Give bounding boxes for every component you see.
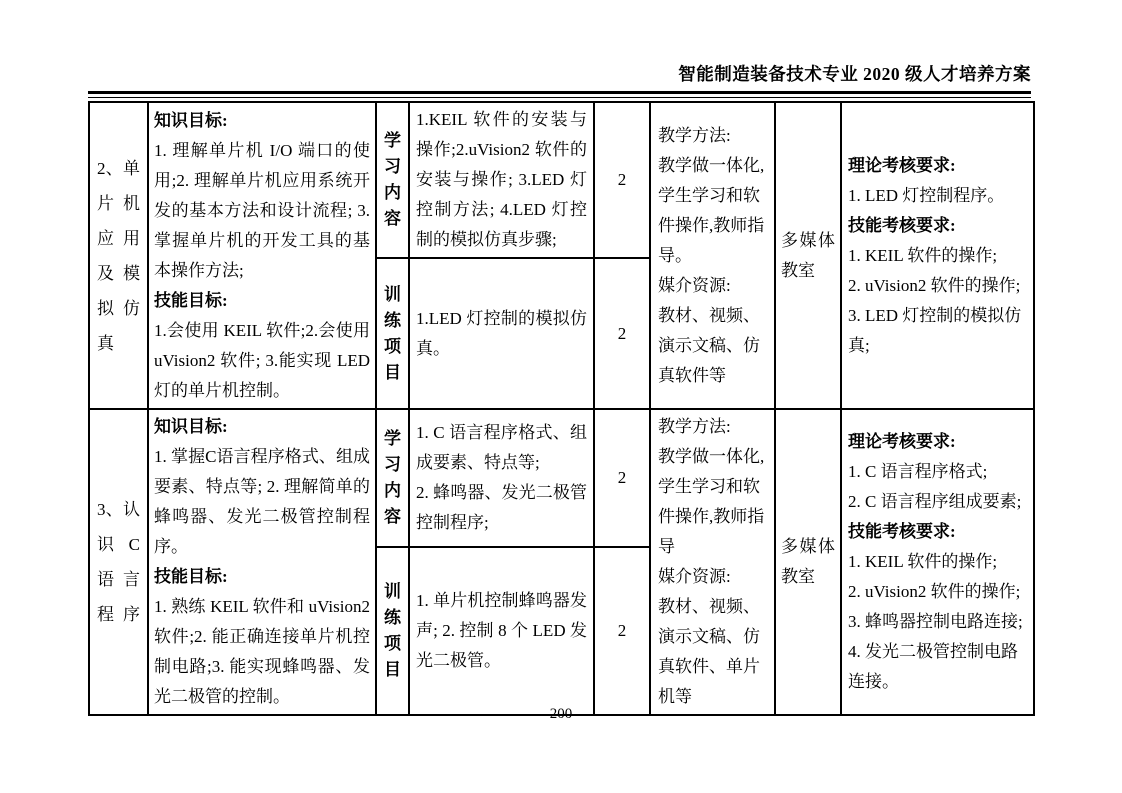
skill-goals-heading: 技能目标: bbox=[154, 562, 370, 592]
knowledge-goals-heading: 知识目标: bbox=[154, 412, 370, 442]
document-page: 智能制造装备技术专业 2020 级人才培养方案 2、单片机应用及模拟仿真 知识目… bbox=[0, 0, 1122, 793]
course-title: 3、认识C语言程序 bbox=[97, 492, 140, 632]
assessment-item: 1. LED 灯控制程序。 bbox=[848, 181, 1027, 211]
assessment-cell: 理论考核要求: 1. LED 灯控制程序。 技能考核要求: 1. KEIL 软件… bbox=[841, 102, 1034, 409]
hours-cell: 2 bbox=[594, 409, 650, 547]
assessment-item: 2. uVision2 软件的操作; bbox=[848, 271, 1027, 301]
teaching-methods-text: 教学做一体化,学生学习和软件操作,教师指导。 bbox=[658, 151, 767, 271]
teaching-methods-heading: 教学方法: bbox=[658, 121, 767, 151]
assessment-item: 2. uVision2 软件的操作; bbox=[848, 577, 1027, 607]
skill-goals-heading: 技能目标: bbox=[154, 286, 370, 316]
assessment-item: 3. LED 灯控制的模拟仿真; bbox=[848, 301, 1027, 361]
skill-goals-text: 1. 熟练 KEIL 软件和 uVision2 软件;2. 能正确连接单片机控制… bbox=[154, 592, 370, 712]
objectives-cell: 知识目标: 1. 掌握C语言程序格式、组成要素、特点等; 2. 理解简单的蜂鸣器… bbox=[148, 409, 376, 715]
teaching-methods-text: 教学做一体化,学生学习和软件操作,教师指导 bbox=[658, 442, 767, 562]
skill-assessment-heading: 技能考核要求: bbox=[848, 517, 1027, 547]
venue-cell: 多媒体教室 bbox=[775, 102, 841, 409]
theory-assessment-heading: 理论考核要求: bbox=[848, 427, 1027, 457]
assessment-item: 4. 发光二极管控制电路连接。 bbox=[848, 637, 1027, 697]
content-item: 1.KEIL 软件的安装与操作;2.uVision2 软件的安装与操作; 3.L… bbox=[416, 105, 587, 255]
assessment-item: 1. KEIL 软件的操作; bbox=[848, 547, 1027, 577]
hours-cell: 2 bbox=[594, 258, 650, 409]
objectives-cell: 知识目标: 1. 理解单片机 I/O 端口的使用;2. 理解单片机应用系统开发的… bbox=[148, 102, 376, 409]
content-item: 2. 蜂鸣器、发光二极管控制程序; bbox=[416, 478, 587, 538]
venue-text: 多媒体教室 bbox=[781, 532, 835, 592]
assessment-cell: 理论考核要求: 1. C 语言程序格式; 2. C 语言程序组成要素; 技能考核… bbox=[841, 409, 1034, 715]
course-title: 2、单片机应用及模拟仿真 bbox=[97, 151, 140, 361]
table-row: 3、认识C语言程序 知识目标: 1. 掌握C语言程序格式、组成要素、特点等; 2… bbox=[89, 409, 1034, 547]
media-resources-text: 教材、视频、演示文稿、仿真软件、单片机等 bbox=[658, 592, 767, 712]
learning-content-label: 学习内容 bbox=[383, 426, 402, 530]
assessment-item: 2. C 语言程序组成要素; bbox=[848, 487, 1027, 517]
content-item: 1. 单片机控制蜂鸣器发声; 2. 控制 8 个 LED 发光二极管。 bbox=[416, 586, 587, 676]
training-project-label-cell: 训练项目 bbox=[376, 547, 409, 715]
training-project-label: 训练项目 bbox=[383, 579, 402, 683]
learning-content-cell: 1.KEIL 软件的安装与操作;2.uVision2 软件的安装与操作; 3.L… bbox=[409, 102, 594, 258]
learning-content-cell: 1. C 语言程序格式、组成要素、特点等; 2. 蜂鸣器、发光二极管控制程序; bbox=[409, 409, 594, 547]
teaching-methods-cell: 教学方法: 教学做一体化,学生学习和软件操作,教师指导。 媒介资源: 教材、视频… bbox=[650, 102, 775, 409]
hours-cell: 2 bbox=[594, 547, 650, 715]
training-project-cell: 1. 单片机控制蜂鸣器发声; 2. 控制 8 个 LED 发光二极管。 bbox=[409, 547, 594, 715]
learning-content-label-cell: 学习内容 bbox=[376, 102, 409, 258]
learning-content-label-cell: 学习内容 bbox=[376, 409, 409, 547]
teaching-methods-cell: 教学方法: 教学做一体化,学生学习和软件操作,教师指导 媒介资源: 教材、视频、… bbox=[650, 409, 775, 715]
content-item: 1.LED 灯控制的模拟仿真。 bbox=[416, 304, 587, 364]
page-number: 200 bbox=[0, 706, 1122, 723]
course-title-cell: 3、认识C语言程序 bbox=[89, 409, 148, 715]
assessment-item: 1. C 语言程序格式; bbox=[848, 457, 1027, 487]
learning-content-label: 学习内容 bbox=[383, 128, 402, 232]
skill-goals-text: 1.会使用 KEIL 软件;2.会使用 uVision2 软件; 3.能实现 L… bbox=[154, 316, 370, 406]
venue-cell: 多媒体教室 bbox=[775, 409, 841, 715]
training-project-cell: 1.LED 灯控制的模拟仿真。 bbox=[409, 258, 594, 409]
media-resources-text: 教材、视频、演示文稿、仿真软件等 bbox=[658, 301, 767, 391]
content-item: 1. C 语言程序格式、组成要素、特点等; bbox=[416, 418, 587, 478]
training-project-label-cell: 训练项目 bbox=[376, 258, 409, 409]
assessment-item: 3. 蜂鸣器控制电路连接; bbox=[848, 607, 1027, 637]
table-row: 2、单片机应用及模拟仿真 知识目标: 1. 理解单片机 I/O 端口的使用;2.… bbox=[89, 102, 1034, 258]
media-resources-heading: 媒介资源: bbox=[658, 562, 767, 592]
teaching-methods-heading: 教学方法: bbox=[658, 412, 767, 442]
skill-assessment-heading: 技能考核要求: bbox=[848, 211, 1027, 241]
hours-cell: 2 bbox=[594, 102, 650, 258]
venue-text: 多媒体教室 bbox=[781, 226, 835, 286]
theory-assessment-heading: 理论考核要求: bbox=[848, 151, 1027, 181]
course-title-cell: 2、单片机应用及模拟仿真 bbox=[89, 102, 148, 409]
training-project-label: 训练项目 bbox=[383, 282, 402, 386]
header-rule bbox=[88, 91, 1031, 98]
assessment-item: 1. KEIL 软件的操作; bbox=[848, 241, 1027, 271]
knowledge-goals-text: 1. 理解单片机 I/O 端口的使用;2. 理解单片机应用系统开发的基本方法和设… bbox=[154, 136, 370, 286]
media-resources-heading: 媒介资源: bbox=[658, 271, 767, 301]
page-header-title: 智能制造装备技术专业 2020 级人才培养方案 bbox=[88, 61, 1031, 86]
knowledge-goals-text: 1. 掌握C语言程序格式、组成要素、特点等; 2. 理解简单的蜂鸣器、发光二极管… bbox=[154, 442, 370, 562]
course-table: 2、单片机应用及模拟仿真 知识目标: 1. 理解单片机 I/O 端口的使用;2.… bbox=[88, 101, 1035, 716]
knowledge-goals-heading: 知识目标: bbox=[154, 106, 370, 136]
